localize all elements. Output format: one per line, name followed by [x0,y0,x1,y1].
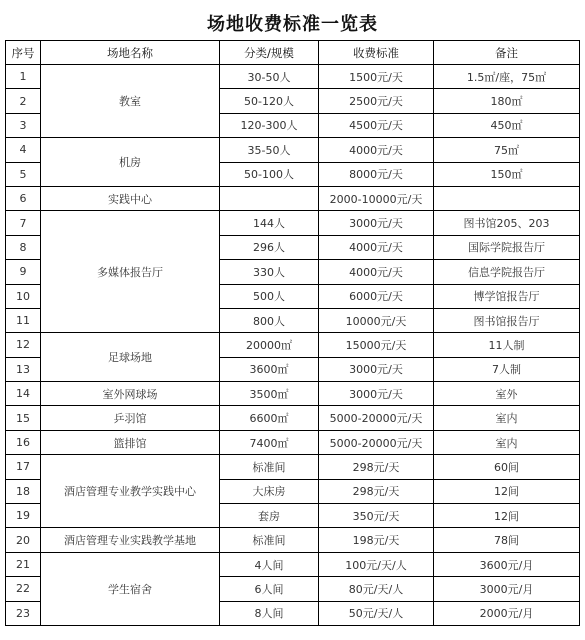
cell-scale: 标准间 [220,528,319,552]
cell-note: 图书馆205、203 [434,211,580,235]
cell-scale: 30-50人 [220,65,319,89]
cell-fee: 1500元/天 [319,65,434,89]
table-row: 6 实践中心 2000-10000元/天 [6,186,580,210]
cell-scale: 35-50人 [220,138,319,162]
cell-no: 13 [6,357,41,381]
cell-no: 20 [6,528,41,552]
cell-name: 室外网球场 [41,382,220,406]
cell-no: 3 [6,113,41,137]
table-row: 12 足球场地 20000㎡ 15000元/天 11人制 [6,333,580,357]
cell-no: 1 [6,65,41,89]
cell-note: 78间 [434,528,580,552]
table-row: 1 教室 30-50人 1500元/天 1.5㎡/座，75㎡ [6,65,580,89]
cell-note: 180㎡ [434,89,580,113]
cell-name: 教室 [41,65,220,138]
fee-table: 序号 场地名称 分类/规模 收费标准 备注 1 教室 30-50人 1500元/… [5,40,580,626]
cell-fee: 4000元/天 [319,138,434,162]
cell-no: 21 [6,552,41,576]
cell-note: 450㎡ [434,113,580,137]
header-fee: 收费标准 [319,41,434,65]
cell-note: 博学馆报告厅 [434,284,580,308]
page-title: 场地收费标准一览表 [0,10,585,36]
cell-fee: 2000-10000元/天 [319,186,434,210]
cell-no: 2 [6,89,41,113]
cell-fee: 4500元/天 [319,113,434,137]
cell-note: 3000元/月 [434,577,580,601]
cell-scale: 4人间 [220,552,319,576]
cell-note: 1.5㎡/座，75㎡ [434,65,580,89]
cell-fee: 80元/天/人 [319,577,434,601]
cell-fee: 350元/天 [319,504,434,528]
cell-fee: 15000元/天 [319,333,434,357]
cell-note: 室内 [434,430,580,454]
cell-note: 150㎡ [434,162,580,186]
cell-scale: 120-300人 [220,113,319,137]
table-row: 17 酒店管理专业教学实践中心 标准间 298元/天 60间 [6,455,580,479]
cell-fee: 50元/天/人 [319,601,434,625]
cell-note: 室内 [434,406,580,430]
table-row: 16 篮排馆 7400㎡ 5000-20000元/天 室内 [6,430,580,454]
cell-no: 4 [6,138,41,162]
header-row: 序号 场地名称 分类/规模 收费标准 备注 [6,41,580,65]
cell-fee: 3000元/天 [319,357,434,381]
cell-scale: 144人 [220,211,319,235]
cell-fee: 4000元/天 [319,235,434,259]
cell-note: 12间 [434,479,580,503]
header-scale: 分类/规模 [220,41,319,65]
cell-note [434,186,580,210]
cell-no: 15 [6,406,41,430]
cell-no: 12 [6,333,41,357]
cell-note: 11人制 [434,333,580,357]
cell-scale: 3500㎡ [220,382,319,406]
cell-scale: 7400㎡ [220,430,319,454]
cell-scale: 标准间 [220,455,319,479]
cell-fee: 3000元/天 [319,211,434,235]
header-name: 场地名称 [41,41,220,65]
cell-fee: 100元/天/人 [319,552,434,576]
cell-scale: 大床房 [220,479,319,503]
cell-no: 5 [6,162,41,186]
cell-note: 室外 [434,382,580,406]
cell-note: 60间 [434,455,580,479]
cell-no: 14 [6,382,41,406]
cell-scale: 500人 [220,284,319,308]
cell-no: 19 [6,504,41,528]
cell-scale: 50-100人 [220,162,319,186]
table-row: 15 乒羽馆 6600㎡ 5000-20000元/天 室内 [6,406,580,430]
cell-scale: 296人 [220,235,319,259]
cell-no: 8 [6,235,41,259]
cell-fee: 298元/天 [319,479,434,503]
cell-name: 学生宿舍 [41,552,220,625]
cell-fee: 10000元/天 [319,308,434,332]
table-row: 14 室外网球场 3500㎡ 3000元/天 室外 [6,382,580,406]
cell-no: 11 [6,308,41,332]
cell-fee: 6000元/天 [319,284,434,308]
cell-name: 篮排馆 [41,430,220,454]
cell-name: 酒店管理专业实践教学基地 [41,528,220,552]
table-row: 4 机房 35-50人 4000元/天 75㎡ [6,138,580,162]
table-row: 21 学生宿舍 4人间 100元/天/人 3600元/月 [6,552,580,576]
cell-note: 信息学院报告厅 [434,260,580,284]
cell-name: 乒羽馆 [41,406,220,430]
cell-name: 机房 [41,138,220,187]
cell-no: 23 [6,601,41,625]
table-row: 7 多媒体报告厅 144人 3000元/天 图书馆205、203 [6,211,580,235]
table-row: 20 酒店管理专业实践教学基地 标准间 198元/天 78间 [6,528,580,552]
cell-name: 实践中心 [41,186,220,210]
cell-scale: 3600㎡ [220,357,319,381]
header-no: 序号 [6,41,41,65]
cell-note: 图书馆报告厅 [434,308,580,332]
cell-fee: 198元/天 [319,528,434,552]
cell-no: 6 [6,186,41,210]
cell-fee: 298元/天 [319,455,434,479]
cell-no: 16 [6,430,41,454]
cell-scale: 6600㎡ [220,406,319,430]
cell-scale: 套房 [220,504,319,528]
cell-name: 酒店管理专业教学实践中心 [41,455,220,528]
cell-no: 17 [6,455,41,479]
header-note: 备注 [434,41,580,65]
cell-note: 75㎡ [434,138,580,162]
cell-fee: 5000-20000元/天 [319,406,434,430]
cell-no: 10 [6,284,41,308]
cell-note: 12间 [434,504,580,528]
cell-name: 多媒体报告厅 [41,211,220,333]
cell-no: 9 [6,260,41,284]
cell-note: 2000元/月 [434,601,580,625]
cell-name: 足球场地 [41,333,220,382]
cell-note: 国际学院报告厅 [434,235,580,259]
cell-scale: 800人 [220,308,319,332]
cell-scale: 8人间 [220,601,319,625]
cell-scale: 50-120人 [220,89,319,113]
cell-fee: 3000元/天 [319,382,434,406]
cell-scale: 6人间 [220,577,319,601]
cell-note: 3600元/月 [434,552,580,576]
cell-scale: 330人 [220,260,319,284]
cell-no: 22 [6,577,41,601]
cell-fee: 4000元/天 [319,260,434,284]
cell-fee: 8000元/天 [319,162,434,186]
cell-no: 18 [6,479,41,503]
cell-fee: 2500元/天 [319,89,434,113]
cell-note: 7人制 [434,357,580,381]
cell-scale [220,186,319,210]
cell-fee: 5000-20000元/天 [319,430,434,454]
cell-scale: 20000㎡ [220,333,319,357]
cell-no: 7 [6,211,41,235]
